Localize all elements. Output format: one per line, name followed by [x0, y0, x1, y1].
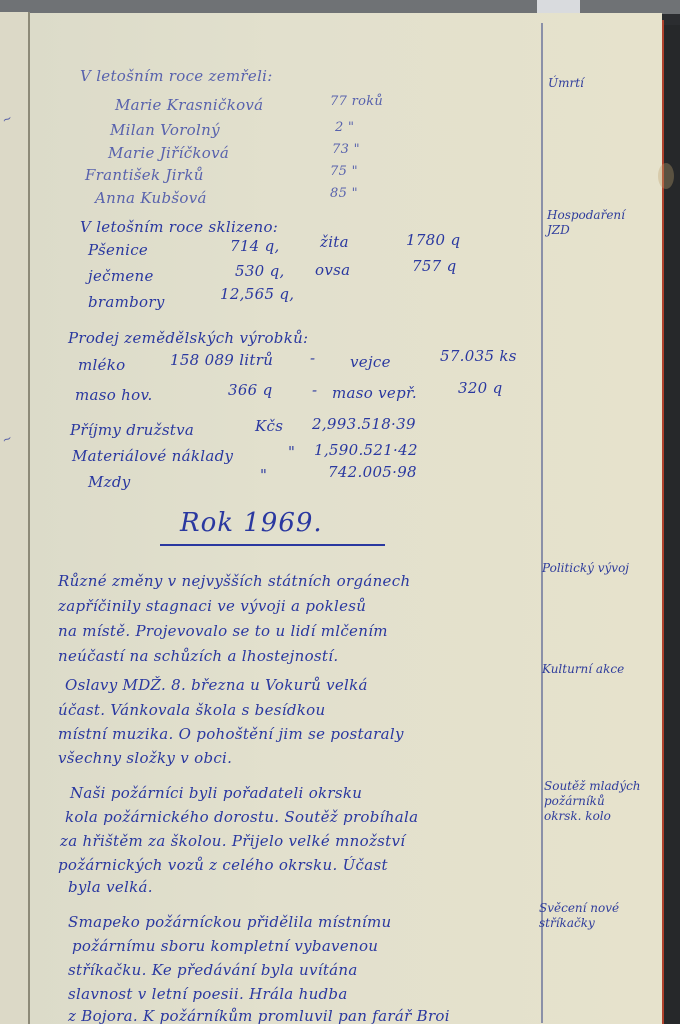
- harvest-crop: ječmene: [88, 269, 154, 284]
- harvest-amount2: 757 q: [412, 259, 457, 274]
- sales-amount2: 320 q: [458, 381, 503, 396]
- finance-unit: ": [288, 445, 295, 460]
- sales-item: mléko: [78, 358, 126, 373]
- finance-value: 2,993.518·39: [312, 417, 416, 432]
- year-title: Rok 1969.: [180, 510, 323, 536]
- background-strip: [0, 0, 680, 14]
- previous-page-scribble: ~: [0, 111, 15, 128]
- sales-amount2: 57.035 ks: [440, 349, 517, 364]
- harvest-heading: V letošním roce sklizeno:: [80, 220, 278, 235]
- finance-value: 1,590.521·42: [314, 443, 418, 458]
- paragraph-line: účast. Vánkovala škola s besídkou: [58, 703, 325, 718]
- harvest-crop2: žita: [320, 235, 349, 250]
- paragraph-line: na místě. Projevovalo se to u lidí mlčen…: [58, 624, 388, 639]
- chronicle-page: V letošním roce zemřeli: Marie Krasničko…: [30, 13, 662, 1024]
- finance-label: Mzdy: [88, 475, 131, 490]
- margin-note-jzd: Hospodaření JZD: [547, 208, 647, 238]
- death-age: 73 ": [332, 143, 360, 156]
- sales-amount: 366 q: [228, 383, 273, 398]
- sales-amount: 158 089 litrů: [170, 353, 273, 368]
- paragraph-line: požárnických vozů z celého okrsku. Účast: [58, 858, 388, 873]
- death-age: 85 ": [330, 187, 358, 200]
- sales-item: maso hov.: [75, 388, 153, 403]
- death-name: Marie Jiříčková: [108, 146, 229, 161]
- paragraph-line: Různé změny v nejvyšších státních orgáne…: [58, 574, 410, 589]
- death-name: František Jirků: [85, 168, 204, 183]
- margin-rule: [541, 23, 543, 1023]
- death-age: 75 ": [330, 165, 358, 178]
- paragraph-line: Smapeko požárníckou přidělila místnímu: [68, 915, 392, 930]
- margin-note-fire-pump: Svěcení nové stříkačky: [539, 901, 639, 931]
- deaths-heading: V letošním roce zemřeli:: [80, 69, 273, 84]
- harvest-amount2: 1780 q: [406, 233, 460, 248]
- paragraph-line: slavnost v letní poesii. Hrála hudba: [68, 987, 348, 1002]
- previous-page-scribble: ~: [0, 431, 15, 448]
- paragraph-line: byla velká.: [68, 880, 153, 895]
- paragraph-line: požárnímu sboru kompletní vybavenou: [72, 939, 378, 954]
- sales-separator: -: [310, 351, 315, 366]
- harvest-amount: 530 q,: [235, 264, 285, 279]
- paragraph-line: kola požárnického dorostu. Soutěž probíh…: [65, 810, 418, 825]
- death-name: Milan Vorolný: [110, 123, 220, 138]
- harvest-crop: Pšenice: [88, 243, 148, 258]
- harvest-crop: brambory: [88, 295, 165, 310]
- sales-separator: -: [312, 383, 317, 398]
- margin-note-deaths: Úmrtí: [548, 76, 638, 91]
- paragraph-line: Oslavy MDŽ. 8. března u Vokurů velká: [65, 678, 368, 693]
- paragraph-line: zapříčinily stagnaci ve vývoji a poklesů: [58, 599, 366, 614]
- harvest-amount: 12,565 q,: [220, 287, 294, 302]
- death-name: Marie Krasničková: [115, 98, 263, 113]
- death-age: 77 roků: [330, 95, 383, 108]
- sales-item2: maso vepř.: [332, 386, 417, 401]
- previous-page-edge: ~ ~: [0, 12, 30, 1024]
- paragraph-line: Naši požárníci byli pořadateli okrsku: [70, 786, 362, 801]
- paragraph-line: z Bojora. K požárníkům promluvil pan far…: [68, 1009, 450, 1024]
- harvest-amount: 714 q,: [230, 239, 280, 254]
- sales-item2: vejce: [350, 355, 391, 370]
- paragraph-line: za hřištěm za školou. Přijelo velké množ…: [60, 834, 405, 849]
- paragraph-line: všechny složky v obci.: [58, 751, 232, 766]
- paragraph-line: místní muzika. O pohoštění jim se postar…: [58, 727, 404, 742]
- paragraph-line: neúčastí na schůzích a lhostejností.: [58, 649, 338, 664]
- finance-unit: Kčs: [255, 419, 283, 434]
- paper-stain: [658, 163, 674, 189]
- margin-note-culture: Kulturní akce: [542, 662, 642, 677]
- paper-tab: [537, 0, 580, 13]
- year-title-underline: [160, 544, 385, 546]
- finance-value: 742.005·98: [328, 465, 417, 480]
- finance-label: Příjmy družstva: [70, 423, 194, 438]
- finance-unit: ": [260, 468, 267, 483]
- death-name: Anna Kubšová: [95, 191, 207, 206]
- finance-label: Materiálové náklady: [72, 449, 233, 464]
- paragraph-line: stříkačku. Ke předávání byla uvítána: [68, 963, 358, 978]
- sales-heading: Prodej zemědělských výrobků:: [68, 331, 308, 346]
- margin-note-politics: Politický vývoj: [542, 561, 642, 576]
- margin-note-fire-contest: Soutěž mladých požárníků okrsk. kolo: [544, 779, 644, 824]
- death-age: 2 ": [335, 121, 354, 134]
- harvest-crop2: ovsa: [315, 263, 350, 278]
